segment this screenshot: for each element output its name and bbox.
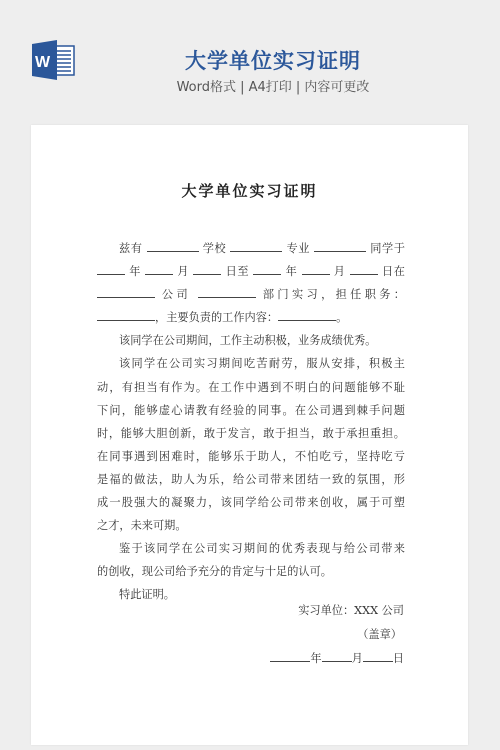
paragraph-2-line: 是福的做法，助人为乐，给公司带来团结一致的氛围，形 [97,468,405,491]
blank-company[interactable] [97,285,155,298]
paragraph-2-line: 动，有担当有作为。在工作中遇到不明白的问题能够不耻 [97,376,405,399]
blank-sign-day[interactable] [363,649,393,662]
blank-department[interactable] [198,285,256,298]
blank-school[interactable] [230,239,282,252]
intro-line-2: 年 月 日至 年 月 日在 [97,260,405,283]
document-title: 大学单位实习证明 [31,180,468,201]
blank-major[interactable] [314,239,366,252]
blank-sign-year[interactable] [270,649,310,662]
signature-unit: 实习单位：XXX 公司 [298,602,404,618]
blank-end-month[interactable] [302,262,330,275]
document-body: 兹有 学校 专业 同学于 年 月 日至 年 月 日在 公司 部门实习，担任 [97,237,405,607]
blank-start-month[interactable] [145,262,173,275]
blank-end-year[interactable] [253,262,281,275]
blank-start-year[interactable] [97,262,125,275]
paragraph-2-line: 在同事遇到困难时，能够乐于助人，不怕吃亏，坚持吃亏 [97,445,405,468]
intro-line-1: 兹有 学校 专业 同学于 [97,237,405,260]
intro-line-4: ，主要负责的工作内容：。 [97,306,405,329]
header-title: 大学单位实习证明 [0,45,500,75]
paragraph-2-line: 下问，能够虚心请教有经验的同事。在公司遇到棘手问题 [97,399,405,422]
paragraph-1: 该同学在公司期间，工作主动积极，业务成绩优秀。 [97,329,405,352]
blank-sign-month[interactable] [322,649,352,662]
blank-start-day[interactable] [193,262,221,275]
blank-duties[interactable] [278,308,336,321]
blank-end-day[interactable] [350,262,378,275]
signature-seal: （盖章） [357,626,402,642]
blank-name[interactable] [147,239,199,252]
paragraph-2-line: 之才，未来可期。 [97,514,405,537]
intro-line-3: 公司 部门实习，担任职务： [97,283,405,306]
paragraph-2-line: 时，能够大胆创新，敢于发言，敢于担当，敢于承担重担。 [97,422,405,445]
header-subtitle: Word格式 | A4打印 | 内容可更改 [0,76,500,95]
paragraph-3-line: 鉴于该同学在公司实习期间的优秀表现与给公司带来 [97,537,405,560]
paragraph-2-line: 该同学在公司实习期间吃苦耐劳，服从安排，积极主 [97,352,405,375]
paragraph-3-line: 的创收，现公司给予充分的肯定与十足的认可。 [97,560,405,583]
document-page: 大学单位实习证明 兹有 学校 专业 同学于 年 月 日至 年 月 日在 [31,125,468,745]
blank-position[interactable] [97,308,155,321]
paragraph-2-line: 成一股强大的凝聚力，该同学给公司带来创收，属于可塑 [97,491,405,514]
signature-date: 年月日 [270,649,404,666]
